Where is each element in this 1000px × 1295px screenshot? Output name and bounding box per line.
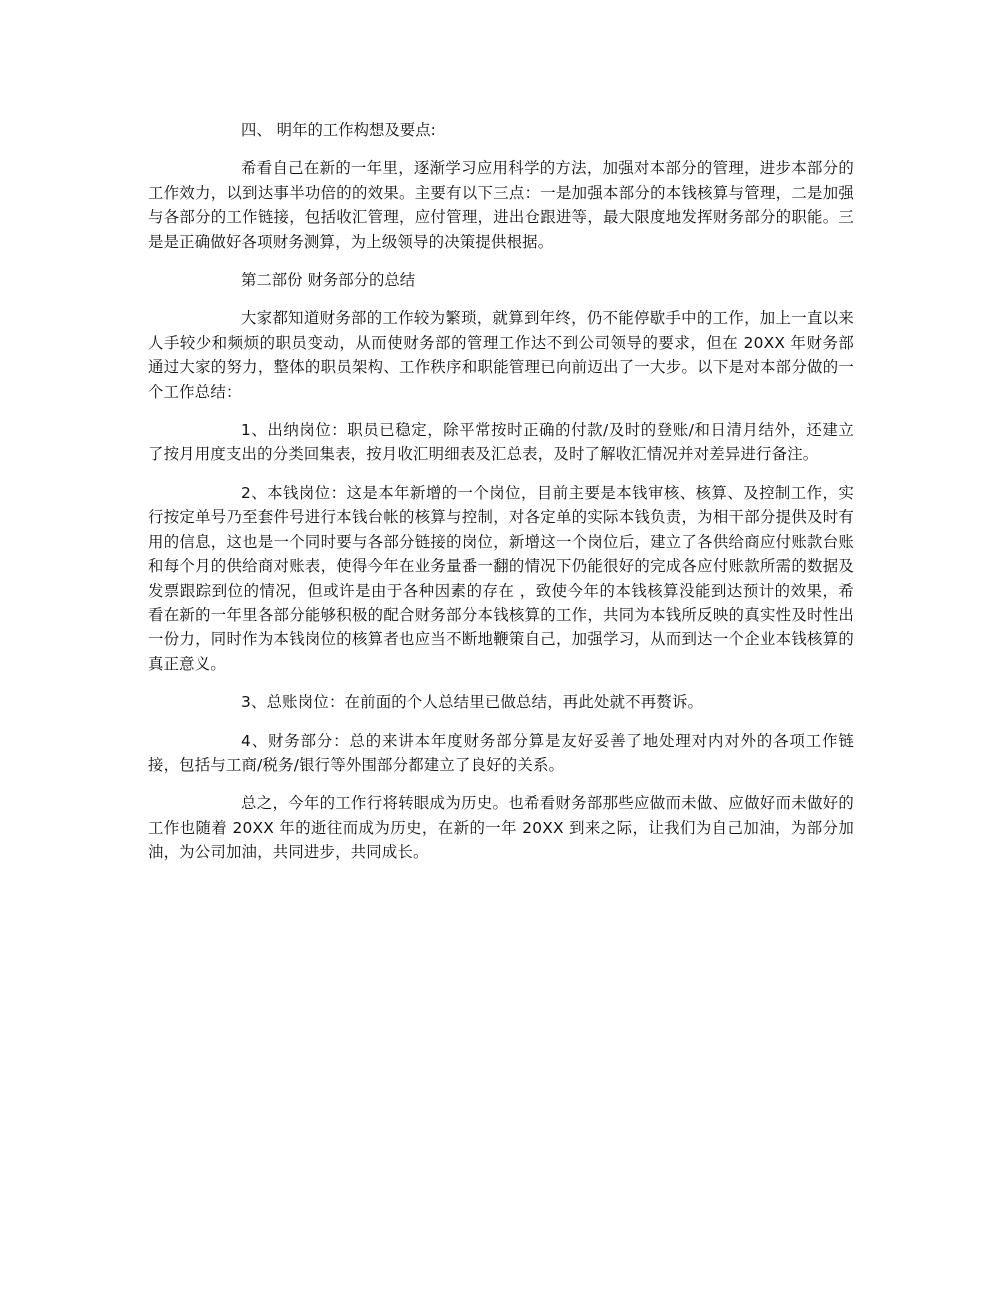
item-cost: 2、本钱岗位：这是本年新增的一个岗位，目前主要是本钱审核、核算、及控制工作，实行…	[148, 481, 854, 676]
item-general-ledger: 3、总账岗位：在前面的个人总结里已做总结，再此处就不再赘诉。	[148, 690, 854, 714]
section-four-body: 希看自己在新的一年里，逐渐学习应用科学的方法，加强对本部分的管理，进步本部分的工…	[148, 156, 854, 254]
item-cashier: 1、出纳岗位：职员已稳定，除平常按时正确的付款/及时的登账/和日清月结外，还建立…	[148, 418, 854, 467]
part-two-intro: 大家都知道财务部的工作较为繁琐，就算到年终，仍不能停歇手中的工作，加上一直以来人…	[148, 306, 854, 404]
document-page: 四、 明年的工作构想及要点: 希看自己在新的一年里，逐渐学习应用科学的方法，加强…	[148, 118, 854, 879]
section-four-heading: 四、 明年的工作构想及要点:	[148, 118, 854, 142]
item-finance-dept: 4、财务部分：总的来讲本年度财务部分算是友好妥善了地处理对内对外的各项工作链接，…	[148, 729, 854, 778]
part-two-heading: 第二部份 财务部分的总结	[148, 268, 854, 292]
conclusion: 总之，今年的工作行将转眼成为历史。也希看财务部那些应做而未做、应做好而未做好的工…	[148, 791, 854, 864]
